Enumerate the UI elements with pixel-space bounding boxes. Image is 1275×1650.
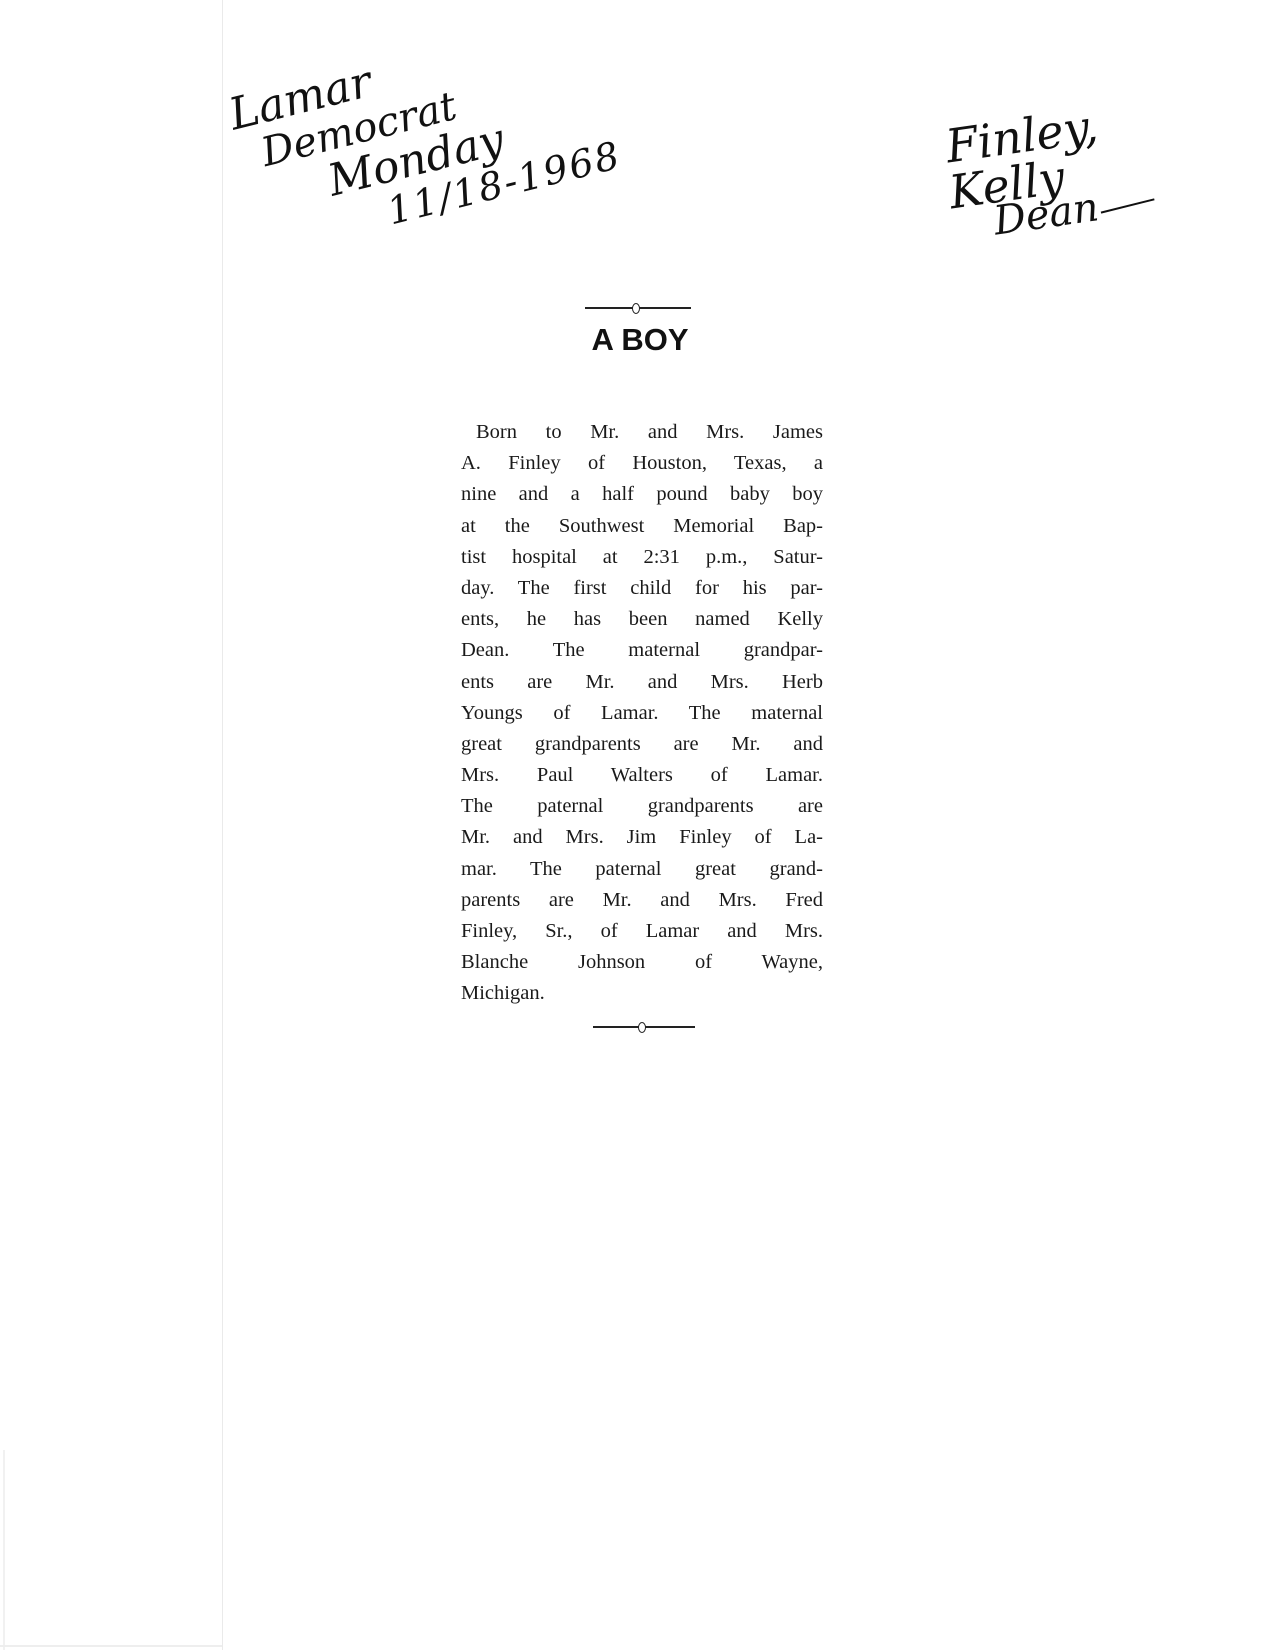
handwritten-name-note: Finley, Kelly Dean (935, 96, 1158, 248)
article-body: Born to Mr. and Mrs. JamesA. Finley of H… (461, 417, 823, 1010)
scan-edge-mark (3, 1450, 5, 1650)
article-line: parents are Mr. and Mrs. Fred (461, 885, 823, 916)
article-line: Blanche Johnson of Wayne, (461, 947, 823, 978)
scanned-page: Lamar Democrat Monday 11/18-1968 Finley,… (0, 0, 1275, 1650)
article-line: A. Finley of Houston, Texas, a (461, 448, 823, 479)
article-line: Finley, Sr., of Lamar and Mrs. (461, 916, 823, 947)
article-line: great grandparents are Mr. and (461, 729, 823, 760)
article-line: ents are Mr. and Mrs. Herb (461, 667, 823, 698)
article-headline: A BOY (540, 322, 740, 358)
article-line: at the Southwest Memorial Bap- (461, 511, 823, 542)
article-line: mar. The paternal great grand- (461, 854, 823, 885)
scan-bottom-edge (0, 1645, 222, 1647)
article-line: Mrs. Paul Walters of Lamar. (461, 760, 823, 791)
article-line: day. The first child for his par- (461, 573, 823, 604)
handwritten-source-note: Lamar Democrat Monday 11/18-1968 (225, 6, 625, 262)
scan-margin-line (222, 0, 223, 1650)
article-line: Michigan. (461, 978, 823, 1009)
article-line: nine and a half pound baby boy (461, 479, 823, 510)
article-line: Youngs of Lamar. The maternal (461, 698, 823, 729)
ornament-ring-icon (638, 1022, 646, 1033)
article-line: tist hospital at 2:31 p.m., Satur- (461, 542, 823, 573)
article-line: Dean. The maternal grandpar- (461, 635, 823, 666)
ornament-divider-bottom (593, 1021, 695, 1033)
article-line: Mr. and Mrs. Jim Finley of La- (461, 822, 823, 853)
ornament-divider-top (585, 302, 691, 314)
article-line: Born to Mr. and Mrs. James (461, 417, 823, 448)
ornament-ring-icon (632, 303, 640, 314)
article-line: The paternal grandparents are (461, 791, 823, 822)
article-line: ents, he has been named Kelly (461, 604, 823, 635)
